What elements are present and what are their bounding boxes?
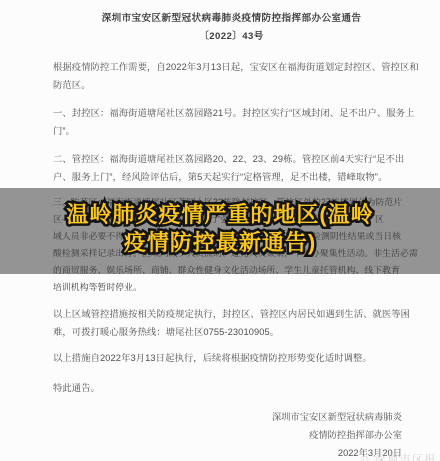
watermark: ☺深圳市区报: [359, 451, 437, 461]
text-line: 难，可拨打暖心服务热线：塘尾社区0755-23010905。: [53, 323, 410, 341]
overlay-headline: 温岭肺炎疫情严重的地区(温岭 疫情防控最新通告): [0, 201, 440, 257]
text-line: 一、封控区：福海街道塘尾社区荔园路21号。封控区实行“区域封闭、足不出户、服务上: [53, 104, 410, 122]
text-line: 培训机构等暂时停业。: [53, 279, 410, 296]
text-line: 以上区域管控措施按相关防疫规定执行，封控区、管控区内居民如遇到生活、就医等困: [53, 305, 410, 323]
text-line: 以上措施自2022年3月13日起执行，后续将根据疫情防控形势变化适时调整。: [53, 349, 410, 367]
paragraph-closing: 特此通告。: [53, 379, 410, 397]
text-line: 疫情防控指挥部办公室: [53, 426, 402, 444]
paragraph-intro: 根据疫情防控工作需要，自2022年3月13日起，宝安区在福海街道划定封控区、管控…: [53, 58, 410, 94]
paragraph-sealed-zone: 一、封控区：福海街道塘尾社区荔园路21号。封控区实行“区域封闭、足不出户、服务上…: [53, 104, 410, 140]
text-line: 门”。: [53, 122, 410, 140]
text-line: 深圳市宝安区新型冠状病毒肺炎: [53, 408, 402, 426]
overlay-headline-line1: 温岭肺炎疫情严重的地区(温岭: [0, 201, 440, 229]
paragraph-hotline: 以上区域管控措施按相关防疫规定执行，封控区、管控区内居民如遇到生活、就医等困难，…: [53, 305, 410, 341]
watermark-text: 深圳市区报: [375, 454, 438, 461]
text-line: 二、管控区：福海街道塘尾社区荔园路20、22、23、29栋。管控区前4天实行“足…: [53, 150, 410, 168]
paragraph-controlled-zone: 二、管控区：福海街道塘尾社区荔园路20、22、23、29栋。管控区前4天实行“足…: [53, 150, 410, 186]
text-line: 的商贸服务、娱乐场所、商铺、群众性健身文化活动场所、学生儿童托管机构、线下教育: [53, 262, 410, 279]
text-line: 特此通告。: [53, 379, 410, 397]
notice-number: 〔2022〕43号: [53, 30, 410, 44]
signature-block: 深圳市宝安区新型冠状病毒肺炎疫情防控指挥部办公室2022年3月20日: [53, 408, 410, 461]
text-line: 防范区。: [53, 76, 410, 94]
text-line: 2022年3月20日: [53, 444, 402, 461]
notice-title: 深圳市宝安区新型冠状病毒肺炎疫情防控指挥部办公室通告: [53, 12, 410, 26]
overlay-headline-line2: 疫情防控最新通告): [0, 229, 440, 257]
text-line: 根据疫情防控工作需要，自2022年3月13日起，宝安区在福海街道划定封控区、管控…: [53, 58, 410, 76]
weibo-smiley-icon: ☺: [359, 452, 373, 461]
text-line: 户、服务上门”，经风险评估后，第5天起实行“定格管理，足不出楼，错峰取物”。: [53, 168, 410, 186]
notice-document: 深圳市宝安区新型冠状病毒肺炎疫情防控指挥部办公室通告 〔2022〕43号 根据疫…: [0, 0, 440, 461]
paragraph-effective-date: 以上措施自2022年3月13日起执行，后续将根据疫情防控形势变化适时调整。: [53, 349, 410, 367]
